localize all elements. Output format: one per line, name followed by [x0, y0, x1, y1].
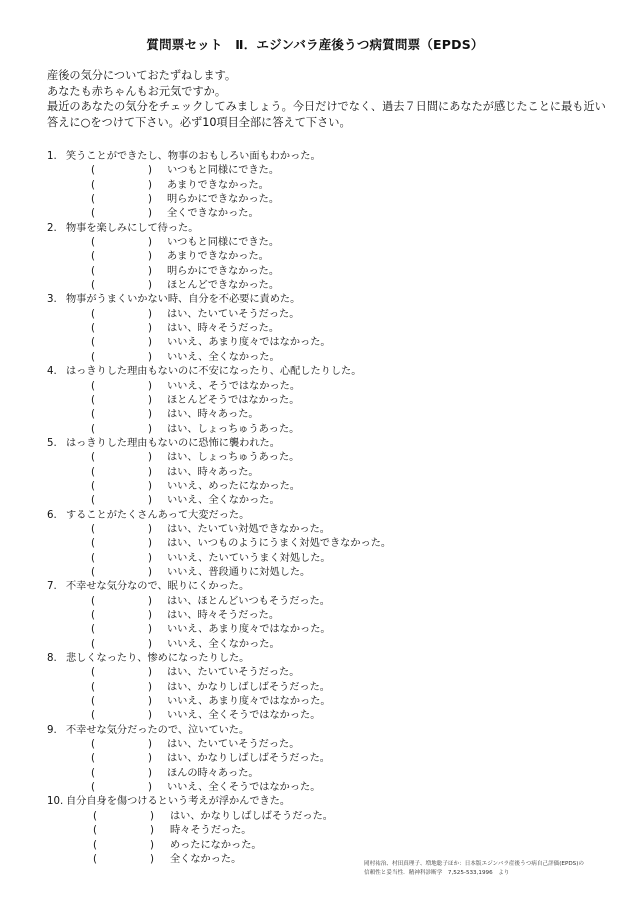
answer-mark-field[interactable]: ( — [91, 179, 95, 193]
answer-mark-field-close: ) — [148, 394, 152, 408]
citation-line: 岡村祐治、村田真理子、増地聡子ほか：日本版エジンバラ産後うつ病自己評価(EPDS… — [364, 860, 584, 869]
question-number: 3. — [47, 293, 57, 307]
answer-option-text: 時々そうだった。 — [170, 824, 252, 838]
answer-option: ()はい、たいてい対処できなかった。 — [47, 523, 607, 537]
answer-option-text: いいえ、全くなかった。 — [167, 494, 280, 508]
answer-option: ()明らかにできなかった。 — [47, 265, 607, 279]
answer-option-text: いいえ、あまり度々ではなかった。 — [167, 623, 331, 637]
answer-option: ()めったになかった。 — [47, 839, 607, 853]
answer-mark-field[interactable]: ( — [91, 552, 95, 566]
answer-option: ()いいえ、全くそうではなかった。 — [47, 709, 607, 723]
answer-option: ()はい、かなりしばしばそうだった。 — [47, 752, 607, 766]
answer-mark-field[interactable]: ( — [91, 279, 95, 293]
answer-option: ()はい、時々あった。 — [47, 466, 607, 480]
answer-mark-field-close: ) — [148, 552, 152, 566]
answer-option: ()いいえ、めったになかった。 — [47, 480, 607, 494]
answer-mark-field-close: ) — [148, 408, 152, 422]
answer-option-text: 明らかにできなかった。 — [167, 265, 279, 279]
answer-option: ()明らかにできなかった。 — [47, 193, 607, 207]
question-number: 5. — [47, 437, 57, 451]
question-heading: 4.はっきりした理由もないのに不安になったり、心配したりした。 — [47, 365, 607, 379]
answer-mark-field-close: ) — [148, 666, 152, 680]
answer-mark-field-close: ) — [148, 595, 152, 609]
citation: 岡村祐治、村田真理子、増地聡子ほか：日本版エジンバラ産後うつ病自己評価(EPDS… — [364, 860, 584, 878]
answer-option-text: いいえ、あまり度々ではなかった。 — [167, 695, 331, 709]
answer-option: ()いいえ、あまり度々ではなかった。 — [47, 623, 607, 637]
answer-option-text: はい、かなりしばしばそうだった。 — [167, 752, 330, 766]
question-number: 2. — [47, 222, 57, 236]
answer-option-text: いいえ、そうではなかった。 — [167, 380, 300, 394]
answer-mark-field[interactable]: ( — [91, 738, 95, 752]
answer-option-text: はい、かなりしばしばそうだった。 — [167, 681, 330, 695]
answer-mark-field[interactable]: ( — [91, 380, 95, 394]
answer-option: ()いいえ、普段通りに対処した。 — [47, 566, 607, 580]
answer-mark-field-close: ) — [148, 623, 152, 637]
answer-option-text: いいえ、全くなかった。 — [167, 638, 280, 652]
answer-mark-field-close: ) — [148, 709, 152, 723]
answer-mark-field-close: ) — [148, 681, 152, 695]
answer-mark-field[interactable]: ( — [91, 265, 95, 279]
answer-option: ()ほとんどそうではなかった。 — [47, 394, 607, 408]
answer-option: ()はい、時々そうだった。 — [47, 609, 607, 623]
intro-text: 産後の気分についておたずねします。 あなたも赤ちゃんもお元気ですか。 最近のあな… — [47, 68, 617, 130]
answer-option-text: いいえ、全くなかった。 — [167, 351, 280, 365]
answer-option: ()いいえ、全くなかった。 — [47, 638, 607, 652]
question-text: 不幸せな気分なので、眠りにくかった。 — [66, 580, 249, 594]
answer-mark-field-close: ) — [148, 738, 152, 752]
answer-mark-field[interactable]: ( — [91, 164, 95, 178]
answer-option-text: はい、たいていそうだった。 — [167, 308, 299, 322]
question-number: 6. — [47, 509, 57, 523]
answer-mark-field[interactable]: ( — [91, 193, 95, 207]
answer-option: ()はい、かなりしばしばそうだった。 — [47, 810, 607, 824]
question-number: 10. — [47, 795, 63, 809]
answer-mark-field[interactable]: ( — [91, 250, 95, 264]
answer-mark-field[interactable]: ( — [91, 767, 95, 781]
answer-mark-field-close: ) — [148, 523, 152, 537]
question-item: 7.不幸せな気分なので、眠りにくかった。()はい、ほとんどいつもそうだった。()… — [47, 580, 607, 652]
answer-option: ()ほとんどできなかった。 — [47, 279, 607, 293]
answer-mark-field[interactable]: ( — [91, 423, 95, 437]
question-item: 3.物事がうまくいかない時、自分を不必要に責めた。()はい、たいていそうだった。… — [47, 293, 607, 365]
answer-mark-field[interactable]: ( — [91, 681, 95, 695]
answer-option-text: ほとんどできなかった。 — [167, 279, 279, 293]
intro-line: 最近のあなたの気分をチェックしてみましょう。今日だけでなく、過去７日間にあなたが… — [47, 99, 617, 115]
answer-option: ()いいえ、たいていうまく対処した。 — [47, 552, 607, 566]
answer-mark-field[interactable]: ( — [93, 810, 97, 824]
answer-option-text: はい、たいていそうだった。 — [167, 666, 299, 680]
answer-mark-field[interactable]: ( — [91, 494, 95, 508]
answer-option-text: いいえ、全くそうではなかった。 — [167, 709, 320, 723]
question-item: 9.不幸せな気分だったので、泣いていた。()はい、たいていそうだった。()はい、… — [47, 724, 607, 796]
question-item: 5.はっきりした理由もないのに恐怖に襲われた。()はい、しょっちゅうあった。()… — [47, 437, 607, 509]
question-text: 物事がうまくいかない時、自分を不必要に責めた。 — [66, 293, 300, 307]
answer-mark-field-close: ) — [150, 824, 154, 838]
answer-option: ()いつもと同様にできた。 — [47, 236, 607, 250]
intro-line: 産後の気分についておたずねします。 — [47, 68, 617, 84]
question-text: 自分自身を傷つけるという考えが浮かんできた。 — [66, 795, 290, 809]
question-heading: 9.不幸せな気分だったので、泣いていた。 — [47, 724, 607, 738]
question-heading: 5.はっきりした理由もないのに恐怖に襲われた。 — [47, 437, 607, 451]
question-item: 8.悲しくなったり、惨めになったりした。()はい、たいていそうだった。()はい、… — [47, 652, 607, 724]
question-item: 2.物事を楽しみにして待った。()いつもと同様にできた。()あまりできなかった。… — [47, 222, 607, 294]
answer-option: ()はい、しょっちゅうあった。 — [47, 451, 607, 465]
answer-option: ()時々そうだった。 — [47, 824, 607, 838]
answer-option-text: あまりできなかった。 — [167, 179, 269, 193]
question-heading: 10.自分自身を傷つけるという考えが浮かんできた。 — [47, 795, 607, 809]
answer-option: ()はい、時々あった。 — [47, 408, 607, 422]
question-text: 物事を楽しみにして待った。 — [66, 222, 198, 236]
question-heading: 8.悲しくなったり、惨めになったりした。 — [47, 652, 607, 666]
answer-mark-field-close: ) — [148, 767, 152, 781]
answer-option: ()はい、しょっちゅうあった。 — [47, 423, 607, 437]
question-heading: 1.笑うことができたし、物事のおもしろい面もわかった。 — [47, 150, 607, 164]
answer-mark-field-close: ) — [150, 839, 154, 853]
answer-mark-field-close: ) — [150, 853, 154, 867]
answer-mark-field[interactable]: ( — [91, 566, 95, 580]
answer-option-text: いいえ、普段通りに対処した。 — [167, 566, 310, 580]
answer-mark-field-close: ) — [148, 494, 152, 508]
answer-mark-field[interactable]: ( — [91, 609, 95, 623]
answer-option: ()いいえ、あまり度々ではなかった。 — [47, 695, 607, 709]
answer-option-text: はい、しょっちゅうあった。 — [167, 423, 299, 437]
answer-mark-field-close: ) — [148, 236, 152, 250]
answer-option: ()はい、たいていそうだった。 — [47, 308, 607, 322]
answer-mark-field-close: ) — [148, 695, 152, 709]
question-number: 7. — [47, 580, 57, 594]
answer-option-text: はい、いつものようにうまく対処できなかった。 — [167, 537, 391, 551]
answer-mark-field-close: ) — [148, 308, 152, 322]
question-heading: 3.物事がうまくいかない時、自分を不必要に責めた。 — [47, 293, 607, 307]
answer-mark-field[interactable]: ( — [91, 523, 95, 537]
answer-mark-field[interactable]: ( — [91, 351, 95, 365]
answer-option-text: はい、時々そうだった。 — [167, 609, 279, 623]
answer-option-text: はい、時々あった。 — [167, 466, 259, 480]
answer-mark-field[interactable]: ( — [91, 322, 95, 336]
answer-mark-field[interactable]: ( — [91, 638, 95, 652]
answer-mark-field-close: ) — [148, 179, 152, 193]
answer-mark-field[interactable]: ( — [91, 466, 95, 480]
answer-mark-field[interactable]: ( — [93, 853, 97, 867]
answer-option: ()はい、いつものようにうまく対処できなかった。 — [47, 537, 607, 551]
answer-mark-field-close: ) — [148, 279, 152, 293]
answer-option-text: はい、かなりしばしばそうだった。 — [170, 810, 333, 824]
answer-mark-field[interactable]: ( — [91, 336, 95, 350]
question-text: 不幸せな気分だったので、泣いていた。 — [66, 724, 249, 738]
question-heading: 6.することがたくさんあって大変だった。 — [47, 509, 607, 523]
answer-option-text: いつもと同様にできた。 — [167, 236, 279, 250]
answer-option-text: 全くなかった。 — [170, 853, 241, 867]
answer-mark-field[interactable]: ( — [91, 394, 95, 408]
answer-mark-field-close: ) — [148, 537, 152, 551]
answer-mark-field-close: ) — [148, 207, 152, 221]
answer-option: ()いつもと同様にできた。 — [47, 164, 607, 178]
answer-option: ()全くできなかった。 — [47, 207, 607, 221]
answer-option: ()はい、たいていそうだった。 — [47, 666, 607, 680]
answer-mark-field-close: ) — [148, 423, 152, 437]
question-heading: 2.物事を楽しみにして待った。 — [47, 222, 607, 236]
answer-option-text: はい、しょっちゅうあった。 — [167, 451, 299, 465]
answer-mark-field-close: ) — [148, 380, 152, 394]
answer-option-text: ほんの時々あった。 — [167, 767, 259, 781]
answer-option: ()いいえ、全くなかった。 — [47, 351, 607, 365]
answer-mark-field-close: ) — [148, 322, 152, 336]
answer-mark-field-close: ) — [148, 781, 152, 795]
question-list: 1.笑うことができたし、物事のおもしろい面もわかった。()いつもと同様にできた。… — [47, 150, 607, 867]
answer-option-text: はい、たいてい対処できなかった。 — [167, 523, 330, 537]
answer-mark-field[interactable]: ( — [91, 236, 95, 250]
answer-option: ()いいえ、あまり度々ではなかった。 — [47, 336, 607, 350]
answer-option: ()はい、かなりしばしばそうだった。 — [47, 681, 607, 695]
answer-option: ()いいえ、全くなかった。 — [47, 494, 607, 508]
answer-mark-field-close: ) — [148, 265, 152, 279]
answer-option: ()はい、時々そうだった。 — [47, 322, 607, 336]
answer-mark-field-close: ) — [148, 451, 152, 465]
answer-mark-field[interactable]: ( — [91, 595, 95, 609]
question-text: はっきりした理由もないのに恐怖に襲われた。 — [66, 437, 280, 451]
answer-option-text: めったになかった。 — [170, 839, 262, 853]
question-text: 悲しくなったり、惨めになったりした。 — [66, 652, 249, 666]
question-item: 4.はっきりした理由もないのに不安になったり、心配したりした。()いいえ、そうで… — [47, 365, 607, 437]
question-text: することがたくさんあって大変だった。 — [66, 509, 249, 523]
intro-line: 答えに○をつけて下さい。必ず10項目全部に答えて下さい。 — [47, 115, 617, 131]
question-text: 笑うことができたし、物事のおもしろい面もわかった。 — [66, 150, 321, 164]
answer-mark-field-close: ) — [148, 466, 152, 480]
answer-option-text: 全くできなかった。 — [167, 207, 259, 221]
answer-mark-field[interactable]: ( — [91, 666, 95, 680]
answer-option: ()あまりできなかった。 — [47, 250, 607, 264]
answer-mark-field[interactable]: ( — [91, 408, 95, 422]
question-item: 1.笑うことができたし、物事のおもしろい面もわかった。()いつもと同様にできた。… — [47, 150, 607, 222]
answer-option: ()はい、ほとんどいつもそうだった。 — [47, 595, 607, 609]
answer-option-text: あまりできなかった。 — [167, 250, 269, 264]
page-title: 質問票セット Ⅱ．エジンバラ産後うつ病質問票（EPDS） — [0, 35, 630, 53]
answer-mark-field-close: ) — [148, 164, 152, 178]
answer-option-text: はい、時々あった。 — [167, 408, 259, 422]
answer-option: ()ほんの時々あった。 — [47, 767, 607, 781]
answer-option-text: ほとんどそうではなかった。 — [167, 394, 299, 408]
answer-option: ()いいえ、全くそうではなかった。 — [47, 781, 607, 795]
question-number: 9. — [47, 724, 57, 738]
answer-mark-field[interactable]: ( — [91, 623, 95, 637]
answer-mark-field-close: ) — [148, 566, 152, 580]
answer-option-text: いいえ、あまり度々ではなかった。 — [167, 336, 331, 350]
answer-option-text: 明らかにできなかった。 — [167, 193, 279, 207]
question-number: 4. — [47, 365, 57, 379]
answer-mark-field[interactable]: ( — [91, 781, 95, 795]
answer-mark-field-close: ) — [150, 810, 154, 824]
answer-mark-field-close: ) — [148, 609, 152, 623]
question-text: はっきりした理由もないのに不安になったり、心配したりした。 — [66, 365, 361, 379]
answer-mark-field[interactable]: ( — [91, 752, 95, 766]
question-heading: 7.不幸せな気分なので、眠りにくかった。 — [47, 580, 607, 594]
question-item: 10.自分自身を傷つけるという考えが浮かんできた。()はい、かなりしばしばそうだ… — [47, 795, 607, 867]
question-number: 1. — [47, 150, 57, 164]
intro-line: あなたも赤ちゃんもお元気ですか。 — [47, 84, 617, 100]
answer-option-text: いつもと同様にできた。 — [167, 164, 279, 178]
answer-mark-field[interactable]: ( — [91, 451, 95, 465]
answer-mark-field[interactable]: ( — [91, 537, 95, 551]
answer-mark-field-close: ) — [148, 480, 152, 494]
answer-mark-field[interactable]: ( — [91, 308, 95, 322]
answer-option-text: はい、時々そうだった。 — [167, 322, 279, 336]
answer-option: ()あまりできなかった。 — [47, 179, 607, 193]
answer-option-text: はい、ほとんどいつもそうだった。 — [167, 595, 330, 609]
answer-mark-field-close: ) — [148, 351, 152, 365]
answer-option-text: いいえ、めったになかった。 — [167, 480, 300, 494]
answer-mark-field[interactable]: ( — [91, 480, 95, 494]
answer-mark-field-close: ) — [148, 250, 152, 264]
answer-mark-field-close: ) — [148, 193, 152, 207]
answer-option-text: はい、たいていそうだった。 — [167, 738, 299, 752]
answer-option: ()いいえ、そうではなかった。 — [47, 380, 607, 394]
answer-mark-field-close: ) — [148, 336, 152, 350]
question-number: 8. — [47, 652, 57, 666]
answer-mark-field-close: ) — [148, 752, 152, 766]
answer-mark-field[interactable]: ( — [91, 709, 95, 723]
answer-mark-field[interactable]: ( — [93, 824, 97, 838]
answer-mark-field[interactable]: ( — [91, 207, 95, 221]
answer-option: ()はい、たいていそうだった。 — [47, 738, 607, 752]
answer-mark-field-close: ) — [148, 638, 152, 652]
answer-option-text: いいえ、たいていうまく対処した。 — [167, 552, 331, 566]
question-item: 6.することがたくさんあって大変だった。()はい、たいてい対処できなかった。()… — [47, 509, 607, 581]
citation-line: 信頼性と妥当性．精神科診断学 7,525-533,1996 より — [364, 869, 584, 878]
answer-mark-field[interactable]: ( — [93, 839, 97, 853]
answer-option-text: いいえ、全くそうではなかった。 — [167, 781, 320, 795]
answer-mark-field[interactable]: ( — [91, 695, 95, 709]
